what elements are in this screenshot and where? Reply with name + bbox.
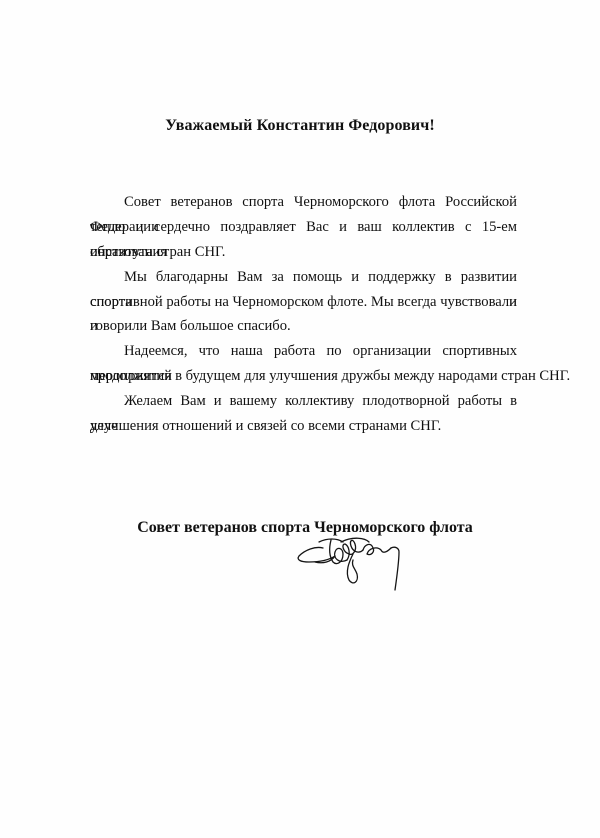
text-line: говорили Вам большое спасибо. [90,314,517,339]
salutation-heading: Уважаемый Константин Федорович! [0,117,600,135]
paragraph-3: Надеемся, что наша работа по организации… [90,339,517,389]
text-line: Желаем Вам и вашему коллективу плодотвор… [90,389,517,414]
letter-body: Совет ветеранов спорта Черноморского фло… [90,190,517,439]
signature-icon [293,532,418,597]
paragraph-4: Желаем Вам и вашему коллективу плодотвор… [90,389,517,439]
text-line: Мы благодарны Вам за помощь и поддержку … [90,265,517,290]
text-line: улучшения отношений и связей со всеми ст… [90,414,517,439]
text-line: продолжится в будущем для улучшения друж… [90,364,517,389]
text-line: тепло и сердечно поздравляет Вас и ваш к… [90,215,517,240]
letter-page: Уважаемый Константин Федорович! Совет ве… [0,0,600,838]
paragraph-2: Мы благодарны Вам за помощь и поддержку … [90,265,517,340]
text-line: института стран СНГ. [90,240,517,265]
paragraph-1: Совет ветеранов спорта Черноморского фло… [90,190,517,265]
text-line: Совет ветеранов спорта Черноморского фло… [90,190,517,215]
text-line: спортивной работы на Черноморском флоте.… [90,290,517,315]
text-line: Надеемся, что наша работа по организации… [90,339,517,364]
